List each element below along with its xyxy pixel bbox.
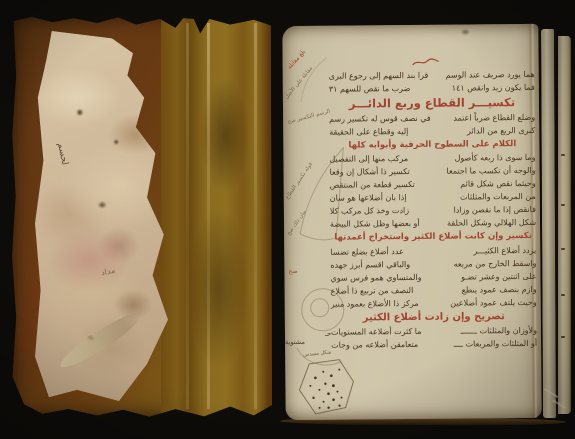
hemistich-left: ضرب ما نقص للسهم ٣١ xyxy=(329,82,411,96)
hemistich-left: إذا بان أضلاعها هو سان xyxy=(330,191,407,205)
hemistich-right: واسقط الخارج من مربعه xyxy=(454,257,537,271)
hemistich-left: تكسير قطعة من المنتقص xyxy=(330,178,415,192)
hemistich-left: ما كثرت أضلاعه المستويات xyxy=(331,325,422,339)
section-heading: تكسيـــر القطاع وربع الدائـــر xyxy=(329,94,535,113)
ink-bleed-mark xyxy=(561,154,565,156)
dotted-hexagon-diagram xyxy=(295,355,358,420)
margin-note-red: صح xyxy=(288,268,297,275)
cover-crease xyxy=(207,23,210,409)
margin-note: مشتوية xyxy=(285,338,305,346)
ink-bleed-mark xyxy=(561,336,565,338)
hemistich-right: من المربعات والمثلثات xyxy=(460,190,536,204)
red-squiggle-ornament xyxy=(411,58,441,67)
hemistich-right: فما يكون زيد وانقص ١٤١ xyxy=(452,81,535,95)
hemistich-right: وحيث يلتف عمود أضلاعين xyxy=(450,296,537,310)
manuscript-page: هما يورد صريف عند الوسم قرا بند السهم إل… xyxy=(282,24,541,420)
hemistich-left: عدد أضلاع بضلع تضسا xyxy=(330,245,404,259)
top-smudge xyxy=(460,28,470,35)
catchword-mark: حـ xyxy=(325,330,331,338)
hemistich-left: والمتساوي همو فرس سوي xyxy=(330,271,421,285)
ink-bleed-mark xyxy=(561,248,565,250)
hemistich-left: في نصف قوس له تكسير رسم xyxy=(329,112,431,126)
hemistich-right: والوجه أن تكسب ما اجتمعا xyxy=(446,164,535,178)
pastedown-remnant-patch: لحسم مداد xyxy=(35,31,175,401)
manuscript-photo: لحسم مداد xyxy=(0,0,575,439)
hemistich-left: قرا بند السهم إلى رجوع البرى xyxy=(329,69,429,83)
cover-crease xyxy=(186,23,189,409)
hemistich-left: والباقي اقسم أبرز جهده xyxy=(330,258,410,272)
hemistich-right: يزدد أضلاع الكثيـــر xyxy=(473,244,536,258)
hemistich-right: شكل الهلالي وشكل الحلقة xyxy=(447,216,536,230)
book-cover-inside: لحسم مداد xyxy=(11,15,272,417)
hemistich-right: وضلع القطاع ضرباً اعتمد xyxy=(453,111,535,125)
hemistich-left: مركز ذا الأضلاع بعمود منير xyxy=(331,297,419,311)
hemistich-right: وما سوى ذا ربعه كأصول xyxy=(455,151,536,165)
hemistich-right: وحيثما نقص شكل قائم xyxy=(460,177,536,191)
hemistich-left: إليه وقطاع على الحقيقة xyxy=(329,125,408,139)
hemistich-left: تكسير ذا أشكال إن وقعا xyxy=(330,165,410,179)
margin-note: الرسم التكسير صح xyxy=(287,109,331,126)
hemistich-left: مركب منها إلى التفصيل xyxy=(329,152,408,166)
verse-line: أو المثلثات والمربعات ــــ متعامقن أضلاع… xyxy=(331,337,537,352)
hemistich-right: هما يورد صريف عند الوسم xyxy=(445,68,534,82)
next-leaf-sliver xyxy=(558,36,571,414)
fore-edge-fold xyxy=(541,29,558,418)
ink-bleed-mark xyxy=(561,294,565,296)
hemistich-right: وازم بنصف عمود ينطع xyxy=(462,283,537,297)
hemistich-right: فانقص إذا ما نقصن وزادا xyxy=(454,203,536,217)
ink-bleed-mark xyxy=(561,204,565,206)
hemistich-left: النصف من تربيع ذا أضلاع xyxy=(331,284,414,298)
hemistich-right: ولأوزان والمثلثات ـــــــ xyxy=(461,324,537,338)
hemistich-left: أو بعضها وظل شكل البيضة xyxy=(330,217,420,231)
hemistich-right: على اثنتين وعشر تضـو xyxy=(461,270,536,284)
hemistich-right: كبرى الربع من الدائر xyxy=(467,124,535,138)
hemistich-left: زادت وخذ كل مركب كلا xyxy=(330,204,409,218)
hemistich-left: متعامقن أضلاعه من وجات xyxy=(331,338,418,352)
cover-crease xyxy=(254,23,257,409)
text-block: هما يورد صريف عند الوسم قرا بند السهم إل… xyxy=(329,68,537,352)
hemistich-right: أو المثلثات والمربعات ــــ xyxy=(454,337,538,351)
verse-line: وحيث يلتف عمود أضلاعين مركز ذا الأضلاع ب… xyxy=(331,296,537,311)
